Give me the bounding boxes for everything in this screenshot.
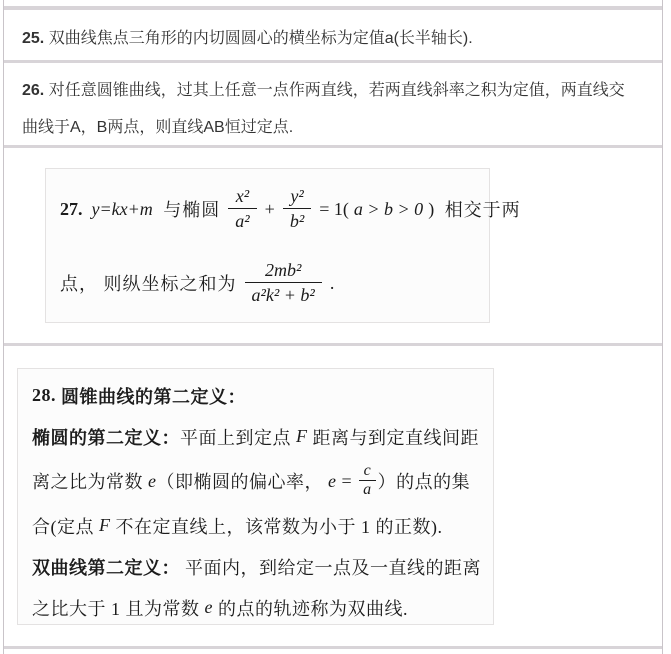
ellipse-def-text: 平面上到定点 (180, 424, 296, 450)
hyperbola-def-text: 的点的轨迹称为双曲线. (213, 595, 408, 621)
note-item-26: 26. 对任意圆锥曲线，过其上任意一点作两直线，若两直线斜率之积为定值，两直线交… (4, 63, 662, 145)
table-row-empty-bottom (4, 649, 662, 654)
fraction-sum-result: 2mb²a²k² + b² (245, 260, 322, 305)
item-27-number: 27. (60, 199, 83, 220)
close-paren: ) (428, 199, 434, 220)
fraction-denominator: a² (228, 208, 256, 232)
formula-image-27: 27. y=kx+m 与椭圆 x²a² + y²b² = 1(a > b > 0… (45, 168, 490, 323)
note-item-28: 28. 圆锥曲线的第二定义： 椭圆的第二定义：平面上到定点 F 距离与到定直线间… (4, 346, 662, 646)
fraction-y2-b2: y²b² (283, 186, 311, 231)
eccentricity-e-symbol: e (328, 471, 337, 492)
equals-one-open: = 1( (319, 199, 349, 220)
ellipse-def-text: （即椭圆的偏心率， (157, 468, 329, 494)
fraction-numerator: y² (283, 186, 310, 208)
item-26-line2: 曲线于A，B两点，则直线AB恒过定点. (22, 109, 640, 146)
item-26-number: 26 (22, 82, 40, 99)
fraction-numerator: 2mb² (258, 260, 308, 282)
fraction-numerator: c (360, 463, 376, 480)
period: . (330, 273, 335, 294)
formula-27-line1: 27. y=kx+m 与椭圆 x²a² + y²b² = 1(a > b > 0… (60, 177, 489, 241)
with-ellipse-text: 与椭圆 (158, 196, 221, 222)
formula-27-line2: 点， 则纵坐标之和为 2mb²a²k² + b² . (60, 251, 489, 315)
ellipse-definition-line2: 离之比为常数 e（即椭圆的偏心率， e = ca）的点的集 (32, 457, 493, 505)
second-definition-heading: 圆锥曲线的第二定义： (61, 383, 246, 409)
item-26-dot: . (40, 82, 49, 99)
ellipse-def-text: 离之比为常数 (32, 468, 148, 494)
item-26-line1: 26. 对任意圆锥曲线，过其上任意一点作两直线，若两直线斜率之积为定值，两直线交 (22, 72, 640, 109)
hyperbola-definition-line1: 双曲线第二定义： 平面内，到给定一点及一直线的距离 (32, 546, 493, 587)
notes-table: 25. 双曲线焦点三角形的内切圆圆心的横坐标为定值a(长半轴长). 26. 对任… (3, 0, 663, 654)
fraction-numerator: x² (229, 186, 256, 208)
equals-sign: = (337, 471, 358, 492)
point-F-symbol: F (99, 515, 111, 536)
document-page: 25. 双曲线焦点三角形的内切圆圆心的横坐标为定值a(长半轴长). 26. 对任… (0, 0, 671, 654)
ellipse-definition-line3: 合(定点 F 不在定直线上，该常数为小于 1 的正数). (32, 505, 493, 546)
fraction-denominator: a²k² + b² (245, 282, 322, 306)
item-25-number: 25 (22, 30, 40, 47)
ellipse-def-text: ）的点的集 (378, 468, 471, 494)
item-25-text: 双曲线焦点三角形的内切圆圆心的横坐标为定值a(长半轴长). (49, 30, 473, 47)
ellipse-definition-lead: 椭圆的第二定义： (32, 424, 180, 450)
note-item-27: 27. y=kx+m 与椭圆 x²a² + y²b² = 1(a > b > 0… (4, 148, 662, 343)
hyperbola-def-text: 之比大于 1 且为常数 (32, 595, 205, 621)
note-item-25: 25. 双曲线焦点三角形的内切圆圆心的横坐标为定值a(长半轴长). (4, 10, 662, 60)
definition-image-28: 28. 圆锥曲线的第二定义： 椭圆的第二定义：平面上到定点 F 距离与到定直线间… (17, 368, 494, 625)
ellipse-def-text: 距离与到定直线间距 (308, 424, 480, 450)
fraction-denominator: b² (283, 208, 311, 232)
fraction-c-a: ca (359, 463, 376, 499)
fraction-denominator: a (359, 480, 376, 499)
line-equation: y=kx+m (92, 199, 153, 220)
plus-sign: + (265, 199, 275, 220)
ellipse-def-text: 合(定点 (32, 513, 99, 539)
eccentricity-e-symbol: e (205, 597, 214, 618)
item-25-dot: . (40, 30, 49, 47)
ellipse-def-text: 不在定直线上，该常数为小于 1 的正数). (111, 513, 443, 539)
point-F-symbol: F (296, 426, 308, 447)
item-26-text-line2: 曲线于A，B两点，则直线AB恒过定点. (22, 119, 293, 136)
definition-heading-line: 28. 圆锥曲线的第二定义： (32, 375, 493, 416)
item-26-text-line1: 对任意圆锥曲线，过其上任意一点作两直线，若两直线斜率之积为定值，两直线交 (49, 82, 625, 99)
fraction-x2-a2: x²a² (228, 186, 256, 231)
ellipse-definition-line1: 椭圆的第二定义：平面上到定点 F 距离与到定直线间距 (32, 416, 493, 457)
intersect-text: 相交于两 (439, 196, 521, 222)
item-28-number: 28. (32, 385, 61, 406)
hyperbola-def-text: 平面内，到给定一点及一直线的距离 (180, 554, 481, 580)
hyperbola-definition-line2: 之比大于 1 且为常数 e 的点的轨迹称为双曲线. (32, 587, 493, 628)
eccentricity-e-symbol: e (148, 471, 157, 492)
sum-of-ordinates-text: 点， 则纵坐标之和为 (60, 270, 237, 296)
a-gt-b-gt-0: a > b > 0 (354, 199, 423, 220)
hyperbola-definition-lead: 双曲线第二定义： (32, 554, 180, 580)
